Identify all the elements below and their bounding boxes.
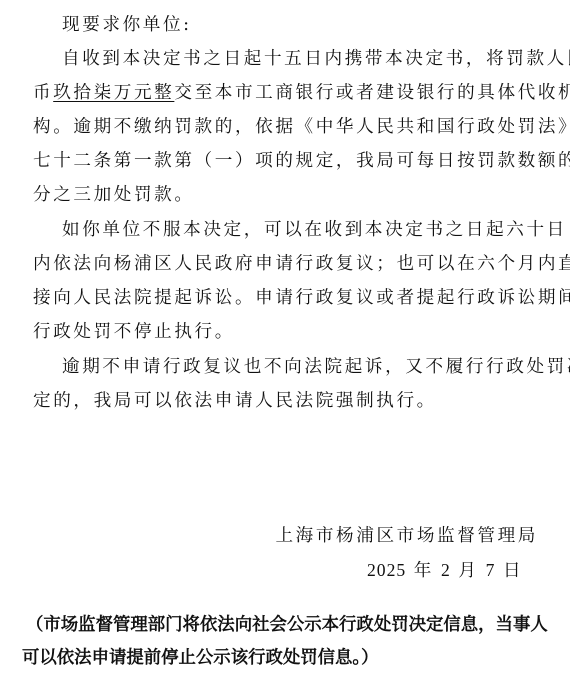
issue-date: 2025 年 2 月 7 日 — [367, 559, 523, 582]
paragraph-line: 内依法向杨浦区人民政府申请行政复议；也可以在六个月内直 — [33, 253, 570, 275]
paragraph-line: 构。逾期不缴纳罚款的，依据《中华人民共和国行政处罚法》第 — [33, 116, 570, 138]
paragraph-line: 七十二条第一款第（一）项的规定，我局可每日按罚款数额的百 — [33, 150, 570, 172]
currency-prefix: 币 — [33, 83, 53, 103]
notice-line: 可以依法申请提前停止公示该行政处罚信息。） — [22, 647, 379, 669]
paragraph-line: 如你单位不服本决定，可以在收到本决定书之日起六十日 — [62, 219, 567, 241]
paragraph-line: 接向人民法院提起诉讼。申请行政复议或者提起行政诉讼期间， — [33, 287, 570, 309]
document-page: 现要求你单位: 自收到本决定书之日起十五日内携带本决定书，将罚款人民 币玖拾柒万… — [0, 0, 570, 688]
paragraph-line: 分之三加处罚款。 — [33, 184, 195, 206]
paragraph-line: 定的，我局可以依法申请人民法院强制执行。 — [33, 390, 437, 412]
intro-line: 现要求你单位: — [62, 14, 192, 36]
paragraph-line: 币玖拾柒万元整交至本市工商银行或者建设银行的具体代收机 — [33, 82, 570, 104]
fine-amount: 玖拾柒万元整 — [53, 83, 174, 103]
paragraph-text: 交至本市工商银行或者建设银行的具体代收机 — [174, 83, 570, 103]
issuer-name: 上海市杨浦区市场监督管理局 — [275, 525, 538, 547]
paragraph-line: 自收到本决定书之日起十五日内携带本决定书，将罚款人民 — [62, 48, 570, 70]
notice-line: （市场监督管理部门将依法向社会公示本行政处罚决定信息，当事人 — [26, 614, 548, 636]
paragraph-line: 行政处罚不停止执行。 — [33, 321, 235, 343]
paragraph-line: 逾期不申请行政复议也不向法院起诉，又不履行行政处罚决 — [62, 356, 570, 378]
